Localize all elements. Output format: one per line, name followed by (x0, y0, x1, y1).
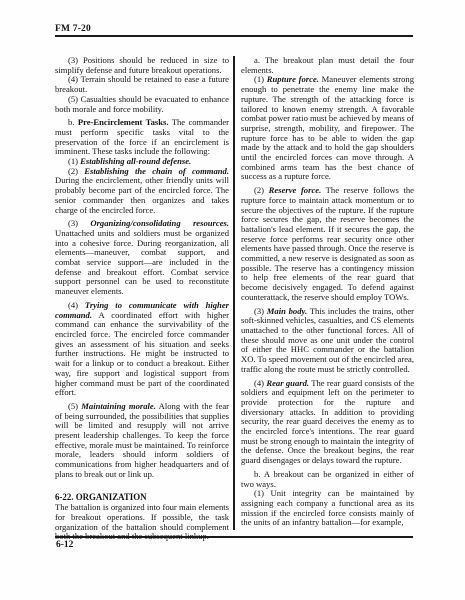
right-column: a. The breakout plan must detail the fou… (241, 56, 414, 528)
header-rule (55, 35, 413, 37)
footer-rule (55, 536, 413, 538)
paragraph: (2) Reserve force. The reserve follows t… (241, 186, 414, 302)
left-column: (3) Positions should be reduced in size … (55, 56, 229, 542)
paragraph: b. Pre-Encirclement Tasks. The commander… (55, 118, 229, 157)
document-id: FM 7-20 (55, 24, 91, 34)
paragraph: (3) Positions should be reduced in size … (55, 56, 229, 75)
paragraph: (4) Rear guard. The rear guard consists … (241, 379, 414, 466)
paragraph: (3) Organizing/consolidating resources. … (55, 219, 229, 297)
paragraph: (1) Rupture force. Maneuver elements str… (241, 75, 414, 182)
paragraph: (2) Establishing the chain of command. D… (55, 167, 229, 216)
column-divider (233, 56, 235, 530)
paragraph: (4) Trying to communicate with higher co… (55, 301, 229, 398)
paragraph: (1) Unit integrity can be maintained by … (241, 489, 414, 528)
paragraph: (3) Main body. This includes the trains,… (241, 307, 414, 375)
section-heading: 6-22. ORGANIZATION (55, 493, 229, 503)
paragraph: (4) Terrain should be retained to ease a… (55, 75, 229, 94)
manual-page: FM 7-20 (3) Positions should be reduced … (0, 0, 465, 600)
page-number: 6-12 (56, 540, 73, 550)
paragraph: a. The breakout plan must detail the fou… (241, 56, 414, 75)
paragraph: (5) Maintaining morale. Along with the f… (55, 402, 229, 480)
paragraph: (5) Casualties should be evacuated to en… (55, 95, 229, 114)
page-body: (3) Positions should be reduced in size … (55, 56, 415, 542)
paragraph: b. A breakout can be organized in either… (241, 470, 414, 489)
